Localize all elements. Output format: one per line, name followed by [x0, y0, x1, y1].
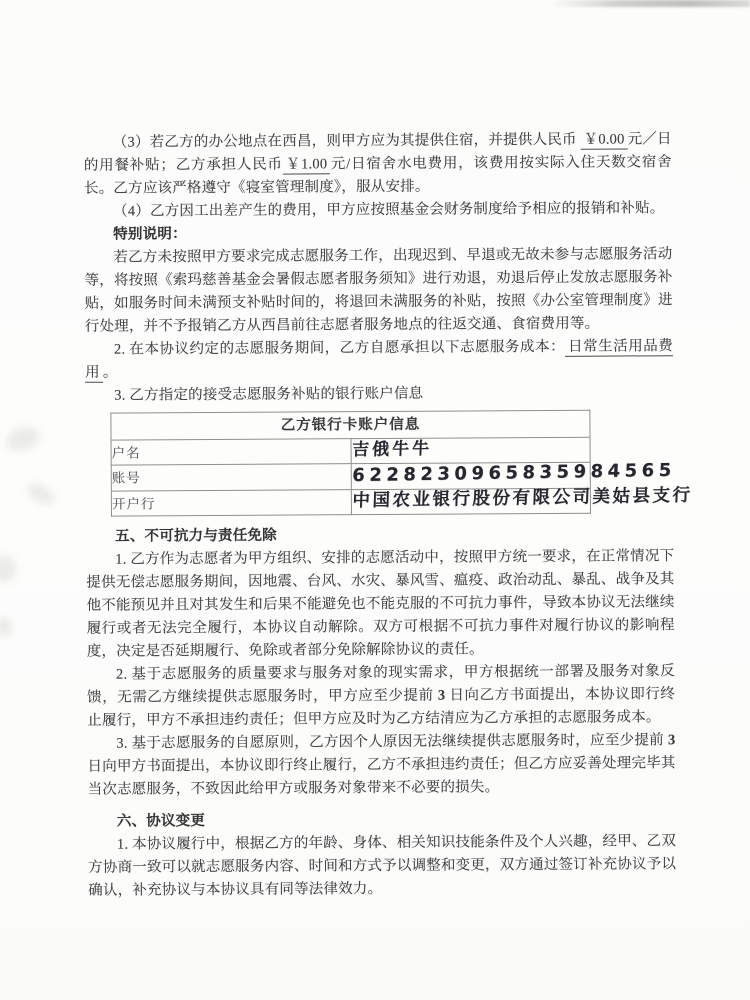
section-5-item-3: 3. 基于志愿服务的自愿原则，乙方因个人原因无法继续提供志愿服务时，应至少提前 … [87, 729, 675, 802]
clause-3-paragraph: （3）若乙方的办公地点在西昌，则甲方应为其提供住宿，并提供人民币 ￥0.00元／… [84, 128, 672, 201]
table-title-row: 乙方银行卡账户信息 [111, 410, 590, 440]
notice-days-value: 3 [668, 732, 676, 748]
account-name-label: 户名 [111, 439, 351, 465]
bank-branch-handwritten-value: 中国农业银行股份有限公司美姑县支行 [351, 485, 692, 514]
account-number-handwritten-value: 6228230965835984565 [351, 459, 675, 487]
section-5-item-2: 2. 基于志愿服务的质量要求与服务对象的现实需求，甲方根据统一部署及服务对象反馈… [87, 660, 675, 733]
account-name-handwritten-value: 吉俄牛牛 [351, 438, 432, 462]
section-5-item-3-post: 日向甲方书面提出，本协议即行终止履行，乙方不承担违约责任；但乙方应妥善处理完毕其… [87, 755, 675, 798]
utility-fee-value: ￥1.00 [283, 156, 331, 174]
document-body: （3）若乙方的办公地点在西昌，则甲方应为其提供住宿，并提供人民币 ￥0.00元／… [84, 128, 677, 903]
lodging-allowance-value: ￥0.00 [581, 131, 628, 149]
scanned-document-page: （3）若乙方的办公地点在西昌，则甲方应为其提供住宿，并提供人民币 ￥0.00元／… [0, 0, 750, 1000]
table-row: 开户行 中国农业银行股份有限公司美姑县支行 [111, 488, 590, 516]
section-5-item-1: 1. 乙方作为志愿者为甲方组织、安排的志愿活动中，按照甲方统一要求，在正常情况下… [86, 545, 675, 664]
scan-artifact [0, 556, 16, 582]
bank-branch-label: 开户行 [111, 490, 351, 516]
bank-account-info-table: 乙方银行卡账户信息 户名 吉俄牛牛 账号 6228230965835984565… [110, 410, 591, 517]
scanner-edge-shadow [552, 0, 750, 7]
item-2-paragraph: 2. 在本协议约定的志愿服务期间，乙方自愿承担以下志愿服务成本：日常生活用品费用… [85, 335, 673, 385]
item-3-paragraph: 3. 乙方指定的接受志愿服务补贴的银行账户信息 [85, 381, 673, 408]
scan-artifact [3, 423, 42, 455]
item-2-text-pre: 2. 在本协议约定的志愿服务期间，乙方自愿承担以下志愿服务成本： [114, 339, 565, 358]
scan-artifact [0, 618, 12, 636]
clause-3-text-pre: （3）若乙方的办公地点在西昌，则甲方应为其提供住宿，并提供人民币 [113, 132, 581, 151]
special-note-body: 若乙方未按照甲方要求完成志愿服务工作，出现迟到、早退或无故未参与志愿服务活动等，… [84, 243, 673, 339]
item-2-text-post: 。 [103, 365, 118, 381]
clause-4-paragraph: （4）乙方因工出差产生的费用，甲方应按照基金会财务制度给予相应的报销和补贴。 [84, 197, 672, 224]
section-5-item-3-pre: 3. 基于志愿服务的自愿原则，乙方因个人原因无法继续提供志愿服务时，应至少提前 [116, 732, 668, 751]
account-number-label: 账号 [111, 464, 351, 491]
section-6-item-1: 1. 本协议履行中，根据乙方的年龄、身体、相关知识技能条件及个人兴趣，经甲、乙双… [88, 830, 676, 903]
bank-table-title: 乙方银行卡账户信息 [111, 410, 590, 440]
scan-artifact [24, 480, 58, 509]
